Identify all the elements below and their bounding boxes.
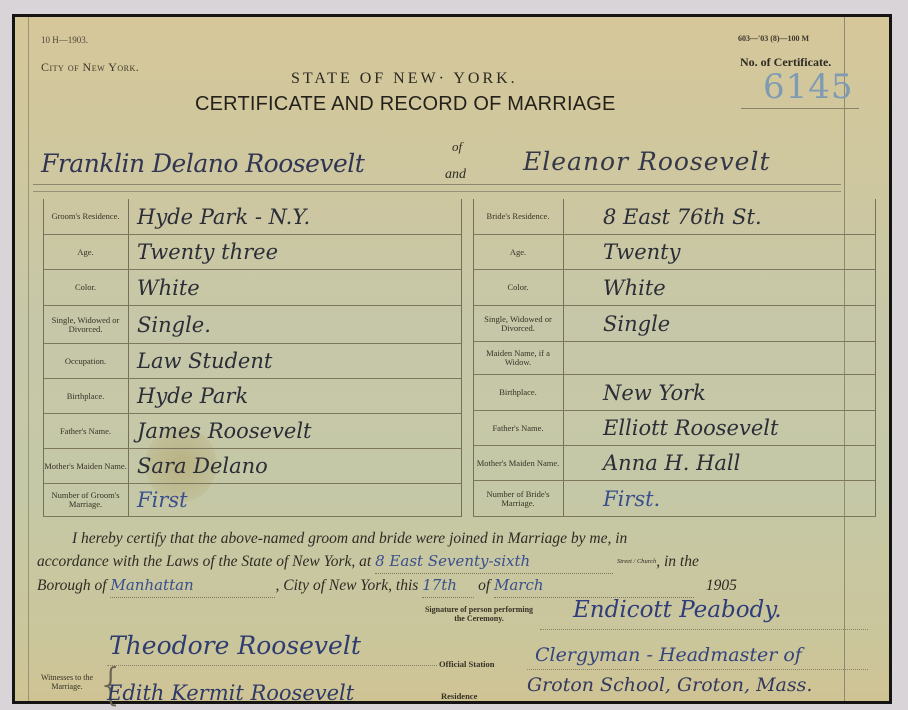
borough-value: Manhattan bbox=[110, 574, 275, 598]
row-label: Age. bbox=[473, 235, 563, 269]
certificate-number: 6145 bbox=[763, 67, 854, 107]
street-church-note: Street / Church bbox=[617, 559, 656, 565]
row-label: Bride's Residence. bbox=[473, 199, 563, 234]
residence-label: Residence bbox=[441, 691, 477, 701]
groom-row-age: Age. Twenty three bbox=[43, 235, 461, 270]
and-label: and bbox=[445, 167, 466, 183]
row-label: Maiden Name, if a Widow. bbox=[473, 342, 563, 374]
row-label: Father's Name. bbox=[43, 414, 128, 448]
certification-line-2-prefix: accordance with the Laws of the State of… bbox=[37, 553, 371, 570]
bride-row-age: Age. Twenty bbox=[473, 235, 875, 270]
bride-row-marriage-number: Number of Bride's Marriage. First. bbox=[473, 481, 875, 517]
row-value: Anna H. Hall bbox=[603, 446, 740, 480]
bride-row-marital-status: Single, Widowed or Divorced. Single bbox=[473, 306, 875, 342]
borough-label: Borough of bbox=[37, 577, 107, 594]
state-heading: STATE OF NEW· YORK. bbox=[291, 70, 518, 88]
groom-row-father: Father's Name. James Roosevelt bbox=[43, 414, 461, 449]
official-station-label: Official Station bbox=[439, 659, 494, 669]
of-label: of bbox=[452, 139, 462, 155]
certificate-number-line bbox=[741, 108, 859, 109]
record-table: Groom's Residence. Hyde Park - N.Y. Age.… bbox=[43, 199, 875, 517]
bride-row-birthplace: Birthplace. New York bbox=[473, 375, 875, 411]
groom-row-occupation: Occupation. Law Student bbox=[43, 344, 461, 379]
groom-row-residence: Groom's Residence. Hyde Park - N.Y. bbox=[43, 199, 461, 235]
row-label: Color. bbox=[43, 270, 128, 305]
signature-line bbox=[540, 629, 868, 630]
row-label: Age. bbox=[43, 235, 128, 269]
bride-row-father: Father's Name. Elliott Roosevelt bbox=[473, 411, 875, 446]
ceremony-year: 1905 bbox=[706, 577, 737, 594]
row-label: Occupation. bbox=[43, 344, 128, 378]
row-value: Hyde Park bbox=[137, 379, 248, 413]
groom-row-birthplace: Birthplace. Hyde Park bbox=[43, 379, 461, 414]
residence-value: Groton School, Groton, Mass. bbox=[527, 674, 812, 696]
row-label: Color. bbox=[473, 270, 563, 305]
row-value: New York bbox=[603, 375, 706, 410]
row-label: Number of Bride's Marriage. bbox=[473, 481, 563, 516]
of-word: of bbox=[478, 577, 490, 594]
row-label: Groom's Residence. bbox=[43, 199, 128, 234]
row-label: Birthplace. bbox=[473, 375, 563, 410]
officiant-signature: Endicott Peabody. bbox=[573, 597, 782, 623]
ceremony-place: 8 East Seventy-sixth bbox=[375, 550, 613, 574]
row-label: Single, Widowed or Divorced. bbox=[43, 306, 128, 343]
witness-1-line bbox=[107, 665, 437, 666]
row-label: Birthplace. bbox=[43, 379, 128, 413]
witness-2-signature: Edith Kermit Roosevelt bbox=[107, 681, 354, 705]
row-value: Single bbox=[603, 306, 670, 341]
divider bbox=[461, 199, 462, 517]
bride-row-maiden-name: Maiden Name, if a Widow. bbox=[473, 342, 875, 375]
signature-label: Signature of person performing the Cerem… bbox=[423, 606, 535, 623]
bride-name: Eleanor Roosevelt bbox=[523, 147, 771, 176]
groom-row-marital-status: Single, Widowed or Divorced. Single. bbox=[43, 306, 461, 344]
groom-row-marriage-number: Number of Groom's Marriage. First bbox=[43, 484, 461, 517]
city-this-label: , City of New York, this bbox=[275, 577, 418, 594]
names-rule bbox=[33, 184, 841, 185]
row-value: Hyde Park - N.Y. bbox=[137, 199, 310, 234]
ceremony-month: March bbox=[494, 574, 694, 598]
document-title: CERTIFICATE AND RECORD OF MARRIAGE bbox=[195, 93, 616, 116]
ceremony-day: 17th bbox=[422, 574, 474, 598]
row-value: James Roosevelt bbox=[137, 414, 311, 448]
row-value: Law Student bbox=[137, 344, 272, 378]
divider bbox=[875, 199, 876, 517]
row-value: Twenty bbox=[603, 235, 681, 269]
row-value: Elliott Roosevelt bbox=[603, 411, 778, 445]
row-value: White bbox=[603, 270, 666, 305]
certification-line-2: accordance with the Laws of the State of… bbox=[37, 550, 887, 574]
witnesses-label: Witnesses to the Marriage. bbox=[37, 674, 97, 691]
names-rule-2 bbox=[33, 191, 841, 192]
certification-statement: I hereby certify that the above-named gr… bbox=[37, 527, 887, 598]
row-value: White bbox=[137, 270, 200, 305]
certificate-document: 10 H—1903. City of New York. 603—'03 (8)… bbox=[12, 14, 892, 704]
row-label: Mother's Maiden Name. bbox=[473, 446, 563, 480]
row-value: 8 East 76th St. bbox=[603, 199, 762, 234]
row-value: Sara Delano bbox=[137, 449, 268, 483]
groom-column: Groom's Residence. Hyde Park - N.Y. Age.… bbox=[43, 199, 461, 517]
bride-column: Bride's Residence. 8 East 76th St. Age. … bbox=[473, 199, 875, 517]
print-code: 603—'03 (8)—100 M bbox=[738, 34, 809, 43]
row-label: Single, Widowed or Divorced. bbox=[473, 306, 563, 341]
bride-row-residence: Bride's Residence. 8 East 76th St. bbox=[473, 199, 875, 235]
row-label: Mother's Maiden Name. bbox=[43, 449, 128, 483]
groom-name: Franklin Delano Roosevelt bbox=[41, 149, 364, 178]
groom-row-color: Color. White bbox=[43, 270, 461, 306]
row-value: First bbox=[137, 484, 188, 516]
groom-row-mother: Mother's Maiden Name. Sara Delano bbox=[43, 449, 461, 484]
row-value: Single. bbox=[137, 306, 211, 343]
witness-1-signature: Theodore Roosevelt bbox=[109, 631, 361, 660]
form-number: 10 H—1903. bbox=[41, 35, 88, 45]
row-label: Father's Name. bbox=[473, 411, 563, 445]
official-station-line bbox=[527, 669, 868, 670]
certification-line-1: I hereby certify that the above-named gr… bbox=[37, 527, 887, 550]
row-value: Twenty three bbox=[137, 235, 278, 269]
bride-row-mother: Mother's Maiden Name. Anna H. Hall bbox=[473, 446, 875, 481]
row-label: Number of Groom's Marriage. bbox=[43, 484, 128, 516]
certification-line-2-suffix: , in the bbox=[656, 553, 699, 570]
row-value: First. bbox=[603, 481, 660, 516]
certification-line-3: Borough of Manhattan, City of New York, … bbox=[37, 574, 887, 598]
official-station-value: Clergyman - Headmaster of bbox=[535, 644, 802, 666]
bride-row-color: Color. White bbox=[473, 270, 875, 306]
city-label: City of New York. bbox=[41, 60, 139, 75]
